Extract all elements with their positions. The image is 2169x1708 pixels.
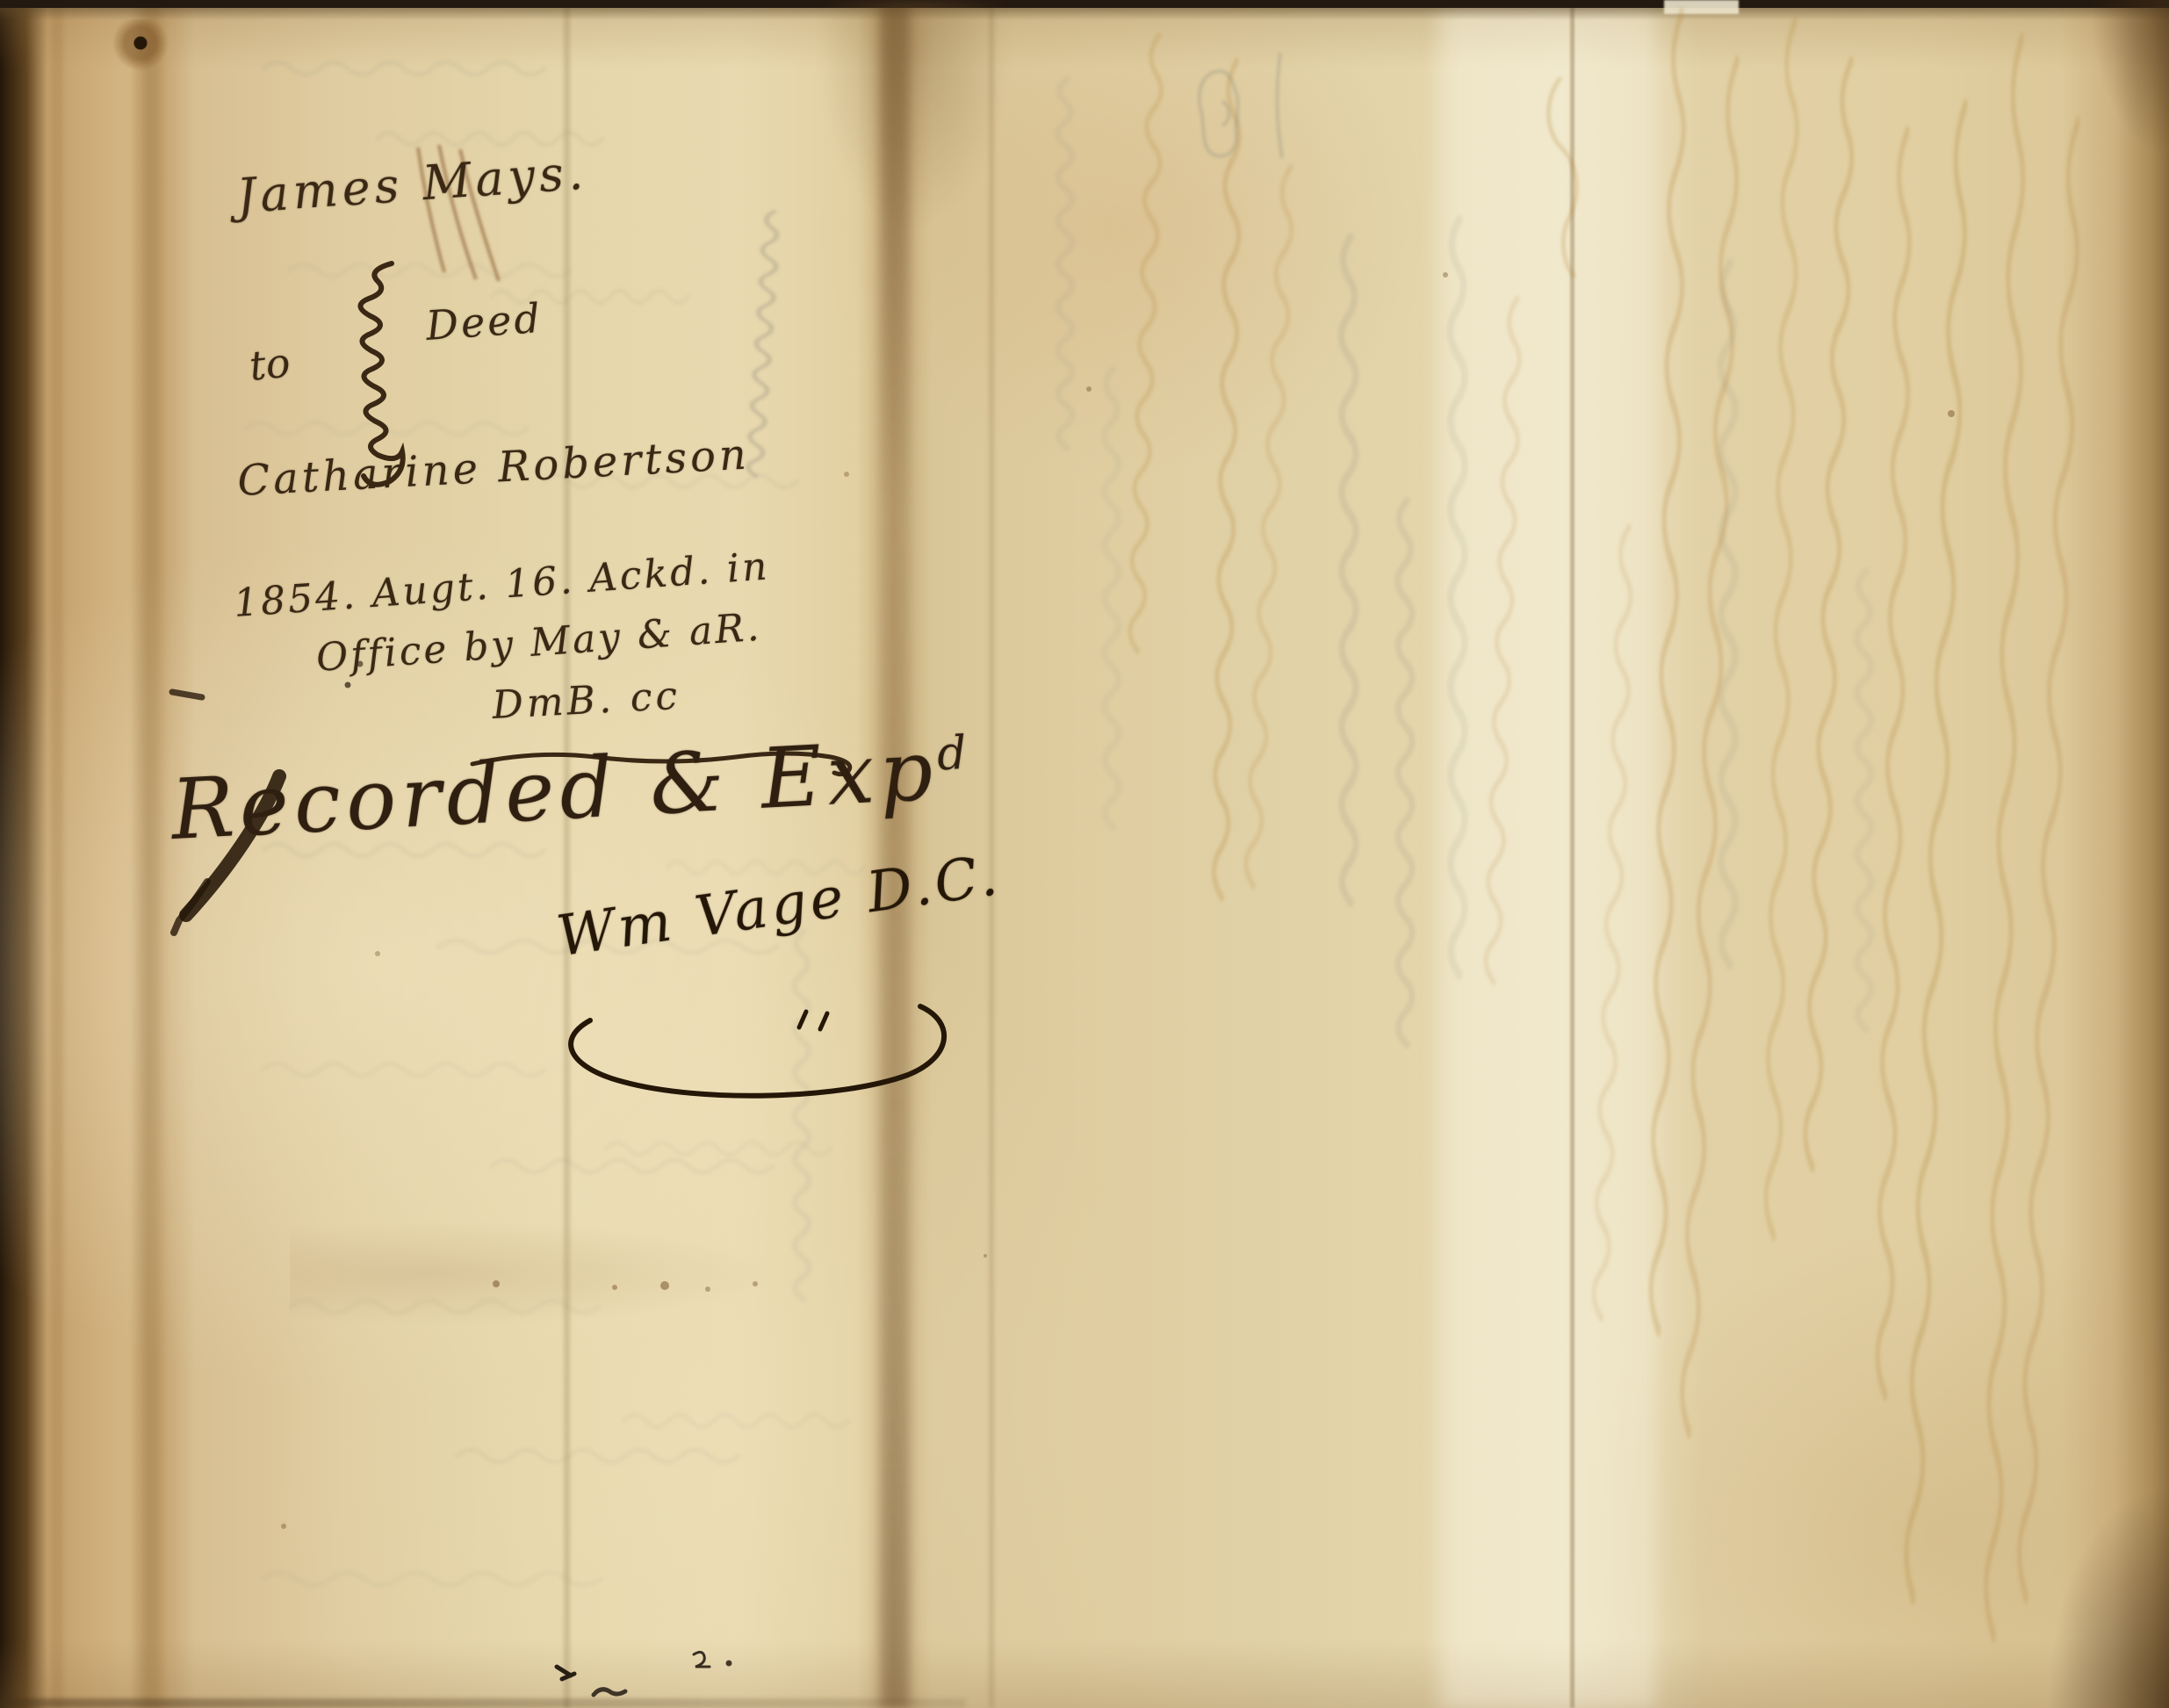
pencil-scrawl — [746, 211, 780, 476]
clerk-signature: Wm Vage D.C. — [553, 843, 1005, 969]
stain-mid-left — [290, 1221, 782, 1326]
light-strip — [1440, 0, 1655, 1708]
fold-crease-center — [880, 0, 910, 1708]
paper-corner-top-right — [2090, 0, 2169, 158]
paper-corner-bottom-right — [2046, 1484, 2169, 1708]
paper-edge-top-shadow — [0, 8, 2169, 20]
fold-crease-inner-left — [51, 0, 63, 1708]
grantee-name: Catharine Robertson — [236, 430, 751, 506]
clerk-initials: DmB. cc — [491, 674, 681, 728]
document-scan: James Mays. to Deed Catharine Robertson … — [0, 0, 2169, 1708]
fold-crease-left — [130, 0, 167, 1708]
grantor-name: James Mays. — [235, 144, 589, 224]
paper-corner-sliver — [1664, 0, 1739, 14]
recorded-exp-line: Recorded & Expd — [169, 720, 975, 859]
fold-crease-thin — [564, 0, 570, 1708]
recorded-exp-superscript: d — [936, 727, 974, 782]
paper-edge-top — [0, 0, 2169, 8]
date-line-2: Office by May & aR. — [314, 605, 762, 681]
bleedthrough-script — [0, 0, 2169, 1708]
recorded-exp-text: Recorded & Exp — [169, 722, 940, 859]
pencil-mark — [1200, 53, 1282, 158]
fold-crease-right — [1570, 0, 1575, 1708]
connector-to: to — [247, 338, 292, 390]
instrument-label: Deed — [424, 294, 544, 350]
stain-top-center — [817, 0, 1010, 228]
